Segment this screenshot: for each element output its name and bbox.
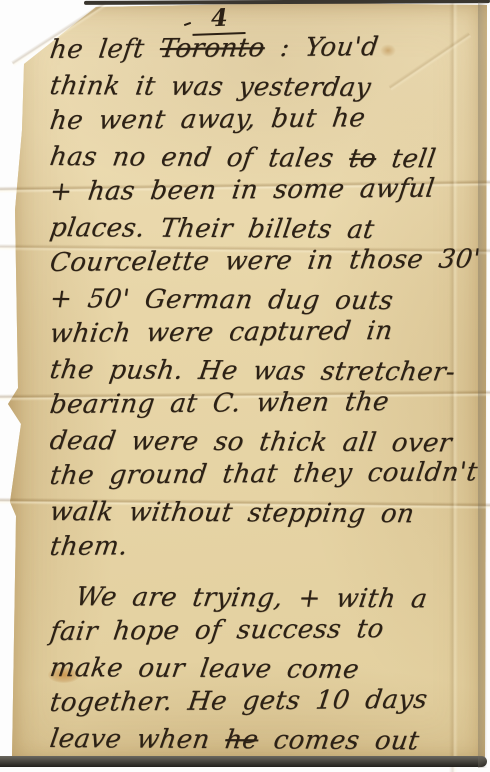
- line-text: he left: [48, 34, 162, 65]
- line-text: has no end of tales: [48, 142, 351, 174]
- scanned-letter-page: 4 he left Toronto : You'd think it was y…: [0, 0, 490, 772]
- line-text: : You'd: [263, 32, 381, 63]
- letter-line-3: he went away, but he: [48, 100, 489, 139]
- line-text: comes out: [256, 725, 421, 756]
- letter-line-19: together. He gets 10 days: [48, 682, 489, 721]
- letter-line-13: the ground that they couldn't: [48, 455, 489, 494]
- paper-edge-shadow-right: [478, 2, 490, 768]
- letter-line-17: fair hope of success to: [48, 611, 489, 650]
- struck-word: Toronto: [158, 33, 267, 64]
- line-text: leave when: [48, 724, 228, 755]
- page-number-header: 4: [192, 3, 245, 35]
- scanner-edge-bottom: [0, 756, 487, 767]
- letter-line-7: Courcelette were in those 30': [48, 242, 489, 281]
- letter-line-5: + has been in some awful: [48, 171, 489, 210]
- letter-body: he left Toronto : You'd think it was yes…: [50, 33, 486, 757]
- letter-line-11: bearing at C. when the: [48, 384, 489, 423]
- letter-line-15: them.: [48, 526, 489, 565]
- letter-line-9: which were captured in: [48, 313, 489, 352]
- letter-line-1: he left Toronto : You'd: [48, 29, 489, 68]
- letter-line-20: leave when he comes out: [47, 722, 488, 760]
- struck-word: he: [223, 725, 260, 755]
- line-text: tell: [374, 143, 438, 173]
